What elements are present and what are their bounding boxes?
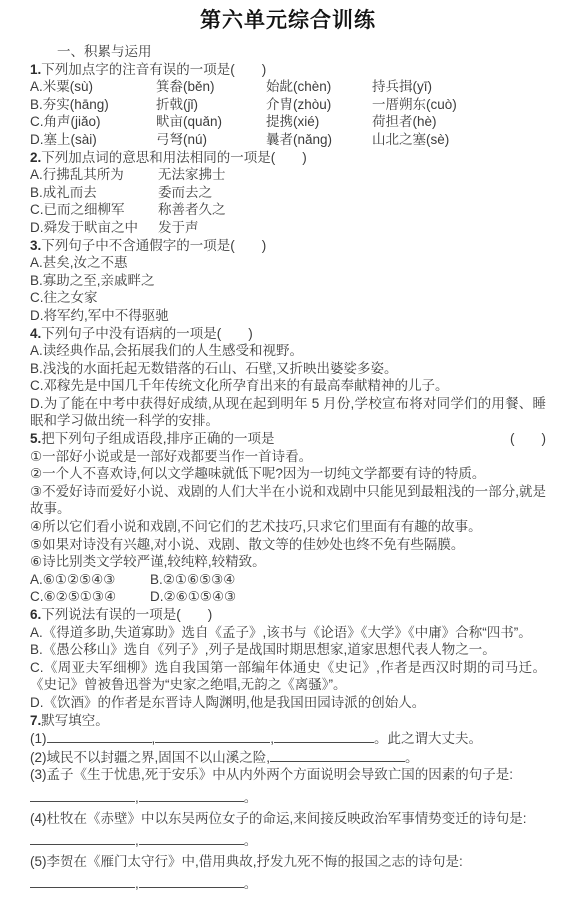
q7-2-text: (2)域民不以封疆之界,固国不以山溪之险,: [30, 750, 270, 765]
q1-option-row-d: D.塞上(sài) 弓弩(nú) 曩者(nǎng) 山北之塞(sè): [30, 131, 546, 149]
q7-5-blank-2: [139, 874, 244, 888]
q3-option-c: C.往之女家: [30, 289, 546, 307]
q7-3-tail: 。: [244, 790, 258, 805]
q1-d-col4: 山北之塞(sè): [372, 131, 546, 149]
section-heading: 一、积累与运用: [30, 43, 546, 61]
q3-number: 3.: [30, 238, 41, 253]
q7-item-4: (4)杜牧在《赤壁》中以东吴两位女子的命运,来间接反映政治军事情势变迁的诗句是:: [30, 810, 546, 828]
q7-item-5: (5)李贺在《雁门太守行》中,借用典故,抒发九死不悔的报国之志的诗句是:: [30, 853, 546, 871]
q1-stem: 1.下列加点字的注音有误的一项是( ): [30, 61, 546, 79]
q5-answer-a: A.⑥①②⑤④③: [30, 571, 150, 589]
q1-b-col4: 一厝朔东(cuò): [372, 96, 546, 114]
q5-answer-row-1: A.⑥①②⑤④③B.②①⑥⑤③④: [30, 571, 546, 589]
q6-option-d: D.《饮酒》的作者是东晋诗人陶渊明,他是我国田园诗派的创始人。: [30, 694, 546, 712]
q2-option-row-a: A.行拂乱其所为无法家拂士: [30, 166, 546, 184]
q2-option-row-b: B.成礼而去委而去之: [30, 184, 546, 202]
q7-item-3: (3)孟子《生于忧患,死于安乐》中从内外两个方面说明会导致亡国的因素的句子是:: [30, 766, 546, 784]
q7-4-tail: 。: [244, 833, 258, 848]
q5-sentence-1: ①一部好小说或是一部好戏都要当作一首诗看。: [30, 448, 546, 466]
q2-option-row-d: D.舜发于畎亩之中发于声: [30, 219, 546, 237]
q1-option-row-b: B.夯实(hāng) 折戟(jǐ) 介胄(zhòu) 一厝朔东(cuò): [30, 96, 546, 114]
page-title: 第六单元综合训练: [30, 8, 546, 34]
q7-4-blank-2: [139, 831, 244, 845]
q1-number: 1.: [30, 62, 41, 77]
q7-item-1: (1),,。此之谓大丈夫。: [30, 729, 546, 748]
q6-stem: 6.下列说法有误的一项是( ): [30, 606, 546, 624]
q1-c-col1: C.角声(jiǎo): [30, 113, 156, 131]
q7-1-label: (1): [30, 731, 47, 746]
q3-stem-text: 下列句子中不含通假字的一项是( ): [41, 238, 266, 253]
q7-1-tail: 。此之谓大丈夫。: [374, 731, 482, 746]
q7-2-blank-1: [270, 748, 405, 762]
q5-number: 5.: [30, 431, 41, 446]
q7-item-3-blanks: ,。: [30, 788, 546, 807]
q2-a-left: A.行拂乱其所为: [30, 166, 148, 184]
q6-option-a: A.《得道多助,失道寡助》选自《孟子》,该书与《论语》《大学》《中庸》合称“四书…: [30, 624, 546, 642]
q5-sentence-4: ④所以它们看小说和戏剧,不问它们的艺术技巧,只求它们里面有有趣的故事。: [30, 518, 546, 536]
q7-3-blank-2: [139, 788, 244, 802]
q1-c-col3: 提携(xié): [266, 113, 372, 131]
q2-b-left: B.成礼而去: [30, 184, 148, 202]
q7-1-blank-2: [155, 729, 270, 743]
q4-option-a: A.读经典作品,会拓展我们的人生感受和视野。: [30, 342, 546, 360]
q1-a-col3: 始龀(chèn): [266, 78, 372, 96]
q1-a-col2: 箕畚(běn): [156, 78, 266, 96]
q4-option-b: B.浅浅的水面托起无数错落的石山、石壁,又折映出婆娑多姿。: [30, 360, 546, 378]
q1-stem-text: 下列加点字的注音有误的一项是( ): [41, 62, 266, 77]
q5-answer-row-2: C.⑥②⑤①③④D.②⑥①⑤④③: [30, 588, 546, 606]
q1-a-col4: 持兵揖(yī): [372, 78, 546, 96]
q1-b-col3: 介胄(zhòu): [266, 96, 372, 114]
q1-b-col2: 折戟(jǐ): [156, 96, 266, 114]
q7-1-blank-3: [274, 729, 374, 743]
q5-sentence-2: ②一个人不喜欢诗,何以文学趣味就低下呢?因为一切纯文学都要有诗的特质。: [30, 465, 546, 483]
document-page: 第六单元综合训练 一、积累与运用 1.下列加点字的注音有误的一项是( ) A.米…: [0, 0, 576, 904]
q1-option-row-c: C.角声(jiǎo) 畎亩(quǎn) 提携(xié) 荷担者(hè): [30, 113, 546, 131]
q4-stem-text: 下列句子中没有语病的一项是( ): [41, 326, 253, 341]
q7-3-blank-1: [30, 788, 135, 802]
q6-option-b: B.《愚公移山》选自《列子》,列子是战国时期思想家,道家思想代表人物之一。: [30, 641, 546, 659]
q6-number: 6.: [30, 607, 41, 622]
q7-4-blank-1: [30, 831, 135, 845]
q7-2-tail: 。: [405, 750, 419, 765]
q5-answer-c: C.⑥②⑤①③④: [30, 588, 150, 606]
q1-b-col1: B.夯实(hāng): [30, 96, 156, 114]
q3-option-b: B.寡助之至,亲戚畔之: [30, 272, 546, 290]
q3-option-a: A.甚矣,汝之不惠: [30, 254, 546, 272]
q5-answer-paren: ( ): [510, 430, 546, 448]
q3-option-d: D.将军约,军中不得驱驰: [30, 307, 546, 325]
q4-number: 4.: [30, 326, 41, 341]
q5-stem: 5.把下列句子组成语段,排序正确的一项是 ( ): [30, 430, 546, 448]
q7-item-4-blanks: ,。: [30, 831, 546, 850]
q7-1-blank-1: [47, 729, 152, 743]
q7-5-tail: 。: [244, 876, 258, 891]
q7-item-5-blanks: ,。: [30, 874, 546, 893]
q2-option-row-c: C.已而之细柳军称善者久之: [30, 201, 546, 219]
q2-b-right: 委而去之: [158, 185, 212, 200]
q6-option-c: C.《周亚夫军细柳》选自我国第一部编年体通史《史记》,作者是西汉时期的司马迁。《…: [30, 659, 546, 694]
q4-option-d: D.为了能在中考中获得好成绩,从现在起到明年 5 月份,学校宣布将对同学们的用餐…: [30, 395, 546, 430]
q4-stem: 4.下列句子中没有语病的一项是( ): [30, 325, 546, 343]
q5-answer-d: D.②⑥①⑤④③: [150, 589, 236, 604]
q1-d-col3: 曩者(nǎng): [266, 131, 372, 149]
q5-stem-body: 把下列句子组成语段,排序正确的一项是: [41, 431, 274, 446]
q3-stem: 3.下列句子中不含通假字的一项是( ): [30, 237, 546, 255]
q7-stem-text: 默写填空。: [41, 713, 109, 728]
q2-a-right: 无法家拂士: [158, 167, 226, 182]
q1-d-col1: D.塞上(sài): [30, 131, 156, 149]
q2-number: 2.: [30, 150, 41, 165]
q1-option-row-a: A.米粟(sù) 箕畚(běn) 始龀(chèn) 持兵揖(yī): [30, 78, 546, 96]
q1-a-col1: A.米粟(sù): [30, 78, 156, 96]
q1-c-col2: 畎亩(quǎn): [156, 113, 266, 131]
q7-5-blank-1: [30, 874, 135, 888]
q5-sentence-3: ③不爱好诗而爱好小说、戏剧的人们大半在小说和戏剧中只能见到最粗浅的一部分,就是故…: [30, 483, 546, 518]
q5-stem-text: 5.把下列句子组成语段,排序正确的一项是: [30, 430, 275, 448]
q1-d-col2: 弓弩(nú): [156, 131, 266, 149]
q7-number: 7.: [30, 713, 41, 728]
q7-item-2: (2)域民不以封疆之界,固国不以山溪之险,。: [30, 748, 546, 767]
q5-sentence-6: ⑥诗比别类文学较严谨,较纯粹,较精致。: [30, 553, 546, 571]
q2-c-left: C.已而之细柳军: [30, 201, 148, 219]
q6-stem-text: 下列说法有误的一项是( ): [41, 607, 212, 622]
q5-sentence-5: ⑤如果对诗没有兴趣,对小说、戏剧、散文等的佳妙处也终不免有些隔膜。: [30, 536, 546, 554]
q1-c-col4: 荷担者(hè): [372, 113, 546, 131]
q2-c-right: 称善者久之: [158, 202, 226, 217]
q2-d-left: D.舜发于畎亩之中: [30, 219, 148, 237]
q2-stem: 2.下列加点词的意思和用法相同的一项是( ): [30, 149, 546, 167]
q4-option-c: C.邓稼先是中国几千年传统文化所孕育出来的有最高奉献精神的儿子。: [30, 377, 546, 395]
q7-stem: 7.默写填空。: [30, 712, 546, 730]
q5-answer-b: B.②①⑥⑤③④: [150, 572, 235, 587]
q2-d-right: 发于声: [158, 220, 199, 235]
q2-stem-text: 下列加点词的意思和用法相同的一项是( ): [41, 150, 307, 165]
